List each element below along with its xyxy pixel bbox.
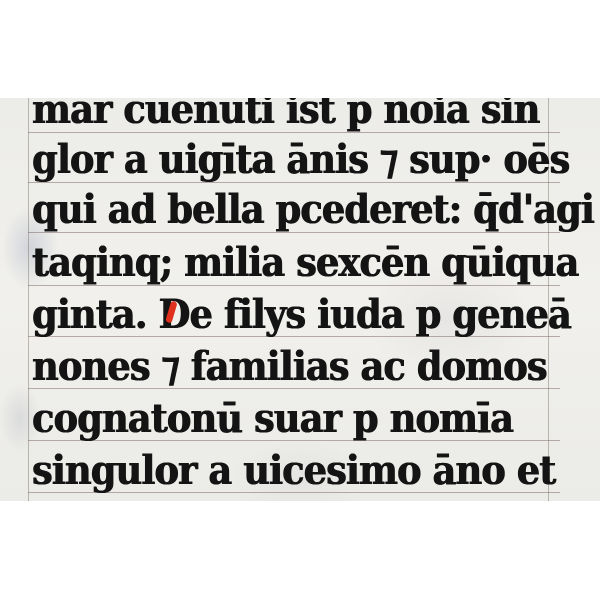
text-line-5-post: e filys iuda p geneā <box>189 291 570 338</box>
parchment-leaf: mar cuenuti ist p noia sin glor a uigīta… <box>0 98 600 501</box>
text-line-6: nones ⁊ familias ac domos <box>32 347 547 387</box>
text-line-7: cognatonū suar p nomīa <box>32 399 513 439</box>
text-line-5: ginta. De filys iuda p geneā <box>32 295 571 335</box>
text-line-5-pre: ginta. <box>32 291 159 338</box>
text-line-3: qui ad bella pcederet: q̄d'agi <box>32 190 594 230</box>
text-line-8: singulor a uicesimo āno et <box>32 451 555 491</box>
text-line-1: mar cuenuti ist p noia sin <box>32 98 539 130</box>
rubricated-initial: D <box>159 291 190 338</box>
text-line-2: glor a uigīta ānis ⁊ sup· oēs <box>32 140 569 180</box>
text-line-4: taqinq; milia sexcēn qūiqua <box>32 243 578 283</box>
